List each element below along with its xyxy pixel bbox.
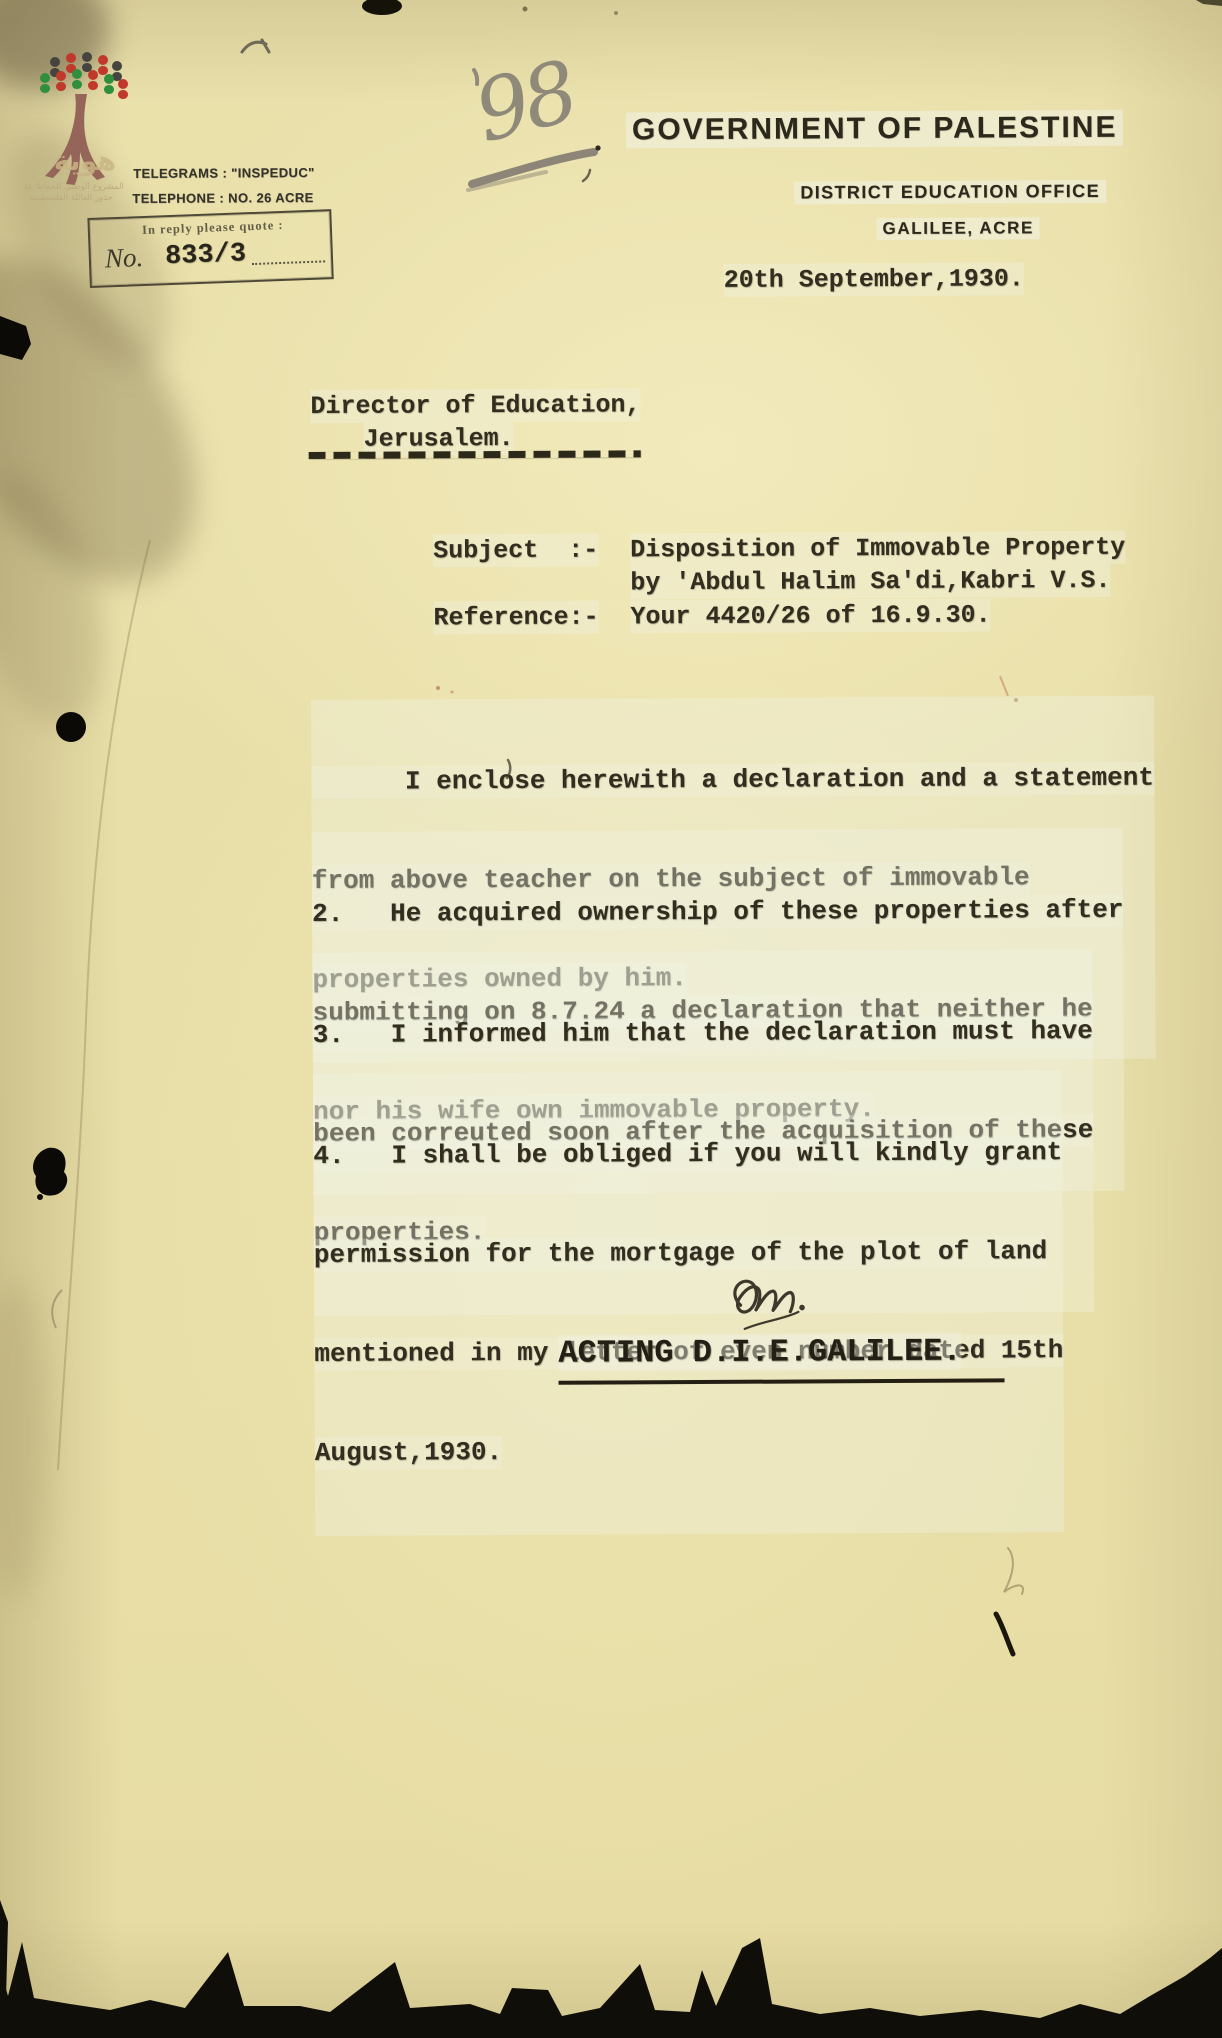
- paragraph-line: 3. I informed him that the declaration m…: [313, 1015, 1093, 1052]
- paragraph-line: August,1930.: [315, 1436, 502, 1470]
- reference-number-box: In reply please quote : No. 833/3: [87, 209, 333, 288]
- no-label: No.: [104, 242, 143, 274]
- subject-label: Subject :-: [433, 534, 598, 568]
- office-title: DISTRICT EDUCATION OFFICE: [794, 180, 1106, 205]
- signatory-title: ACTING D.I.E.GALILEE.: [558, 1333, 961, 1372]
- dotted-line: [252, 259, 325, 265]
- reference-label: Reference:-: [433, 601, 598, 635]
- dashed-underline: [309, 450, 641, 459]
- paragraph-line: I enclose herewith a declaration and a s…: [311, 762, 1154, 799]
- telegrams-line: TELEGRAMS : "INSPEDUC": [133, 165, 315, 181]
- subject-line1: Disposition of Immovable Property: [630, 531, 1125, 567]
- addressee-line1: Director of Education,: [310, 388, 640, 423]
- letter-content: TELEGRAMS : "INSPEDUC" TELEPHONE : NO. 2…: [0, 0, 1222, 2038]
- signatory-title-block: ACTING D.I.E.GALILEE.: [558, 1332, 1004, 1384]
- paragraph-line: permission for the mortgage of the plot …: [314, 1235, 1047, 1272]
- handwritten-page-number: 98: [465, 42, 583, 161]
- paragraph-4: 4. I shall be obliged if you will kindly…: [313, 1070, 1064, 1536]
- subject-line2: by 'Abdul Halim Sa'di,Kabri V.S.: [630, 564, 1110, 600]
- reference-number-row: No. 833/3: [104, 235, 327, 274]
- reference-value: Your 4420/26 of 16.9.30.: [630, 598, 990, 633]
- paragraph-line: 4. I shall be obliged if you will kindly…: [313, 1136, 1062, 1173]
- date-line: 20th September,1930.: [724, 262, 1024, 297]
- government-title: GOVERNMENT OF PALESTINE: [626, 110, 1124, 149]
- office-location: GALILEE, ACRE: [876, 217, 1040, 240]
- paragraph-line: 2. He acquired ownership of these proper…: [312, 894, 1124, 931]
- no-value: 833/3: [165, 239, 247, 272]
- scanned-letter-page: هوية المشروع الوطني للحفاظ على جذور العا…: [0, 0, 1222, 2038]
- telephone-line: TELEPHONE : NO. 26 ACRE: [132, 190, 313, 206]
